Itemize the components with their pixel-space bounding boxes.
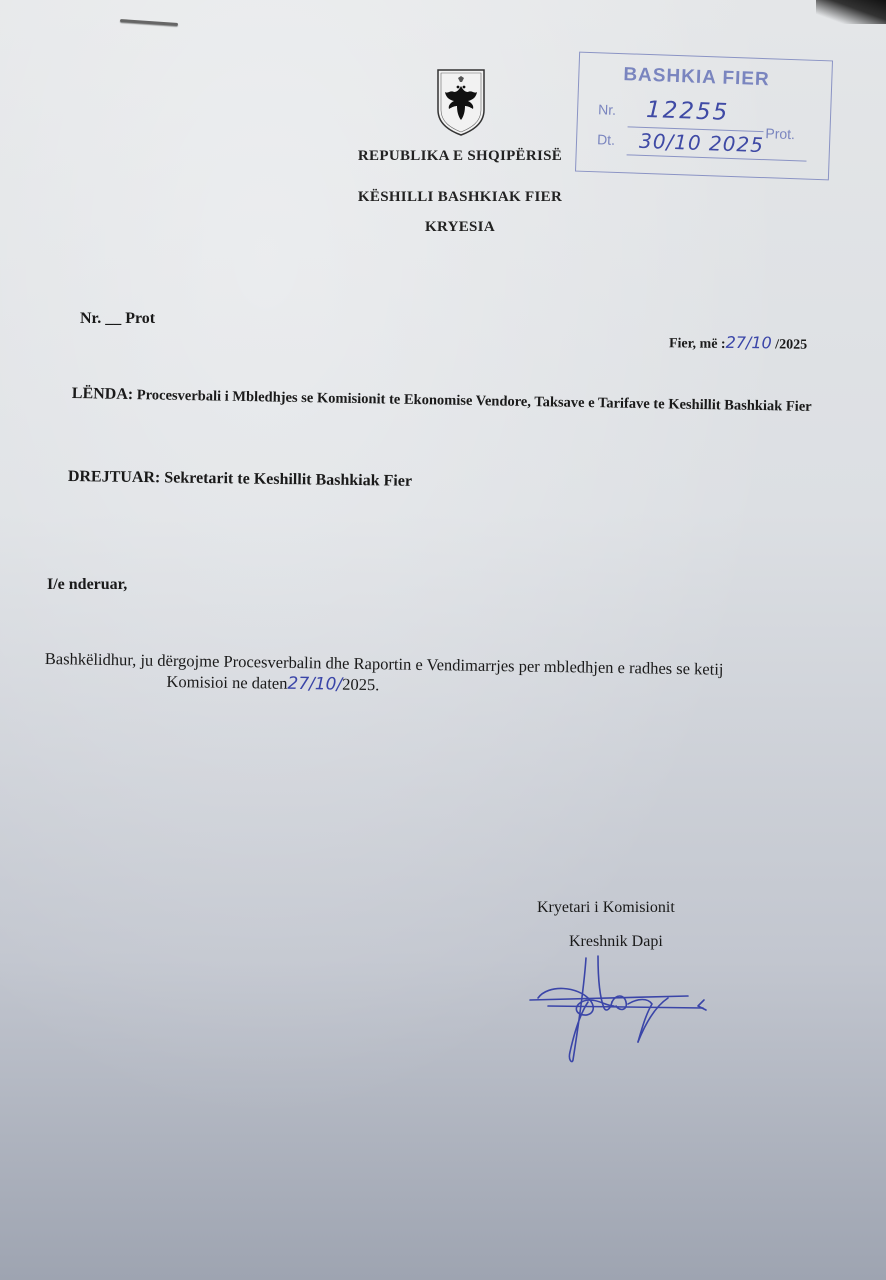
greeting: I/e nderuar,	[47, 576, 127, 594]
staple-icon	[120, 19, 178, 26]
body-line-2-suffix: 2025.	[342, 675, 379, 695]
stamp-date-value: 30/10 2025	[639, 129, 765, 157]
background-corner	[816, 0, 886, 24]
stamp-prot-label: Prot.	[765, 125, 795, 142]
stamp-nr-label: Nr.	[598, 101, 616, 118]
document-date: Fier, më :27/10 /2025	[669, 332, 807, 353]
subject-label: LËNDA:	[72, 385, 134, 403]
addressed-to: DREJTUAR: Sekretarit te Keshillit Bashki…	[68, 468, 412, 491]
stamp-title: BASHKIA FIER	[623, 64, 770, 91]
bleed-through-text	[60, 793, 64, 809]
stamp-date-label: Dt.	[597, 131, 615, 148]
header-republic: REPUBLIKA E SHQIPËRISË	[310, 148, 610, 165]
protocol-number: Nr. __ Prot	[80, 310, 155, 328]
body-paragraph: Bashkëlidhur, ju dërgojme Procesverbalin…	[44, 648, 805, 703]
header-presidency: KRYESIA	[310, 219, 610, 236]
handwritten-signature-icon	[528, 948, 718, 1068]
signer-title: Kryetari i Komisionit	[537, 899, 675, 917]
body-line-2-prefix: Komisioi ne daten	[166, 672, 287, 693]
date-year: /2025	[775, 337, 807, 352]
albanian-coat-of-arms-icon	[436, 68, 486, 136]
document-page: REPUBLIKA E SHQIPËRISË KËSHILLI BASHKIAK…	[0, 0, 886, 1280]
subject-text: Procesverbali i Mbledhjes se Komisionit …	[137, 387, 812, 415]
subject-line: LËNDA: Procesverbali i Mbledhjes se Komi…	[72, 386, 812, 415]
registration-stamp: BASHKIA FIER Nr. 12255 Prot. Dt. 30/10 2…	[575, 52, 833, 181]
handwritten-date: 27/10	[726, 333, 772, 352]
handwritten-meeting-date: 27/10/	[287, 674, 342, 695]
stamp-nr-value: 12255	[646, 97, 730, 126]
header-council: KËSHILLI BASHKIAK FIER	[310, 189, 610, 206]
date-prefix: Fier, më :	[669, 336, 726, 352]
